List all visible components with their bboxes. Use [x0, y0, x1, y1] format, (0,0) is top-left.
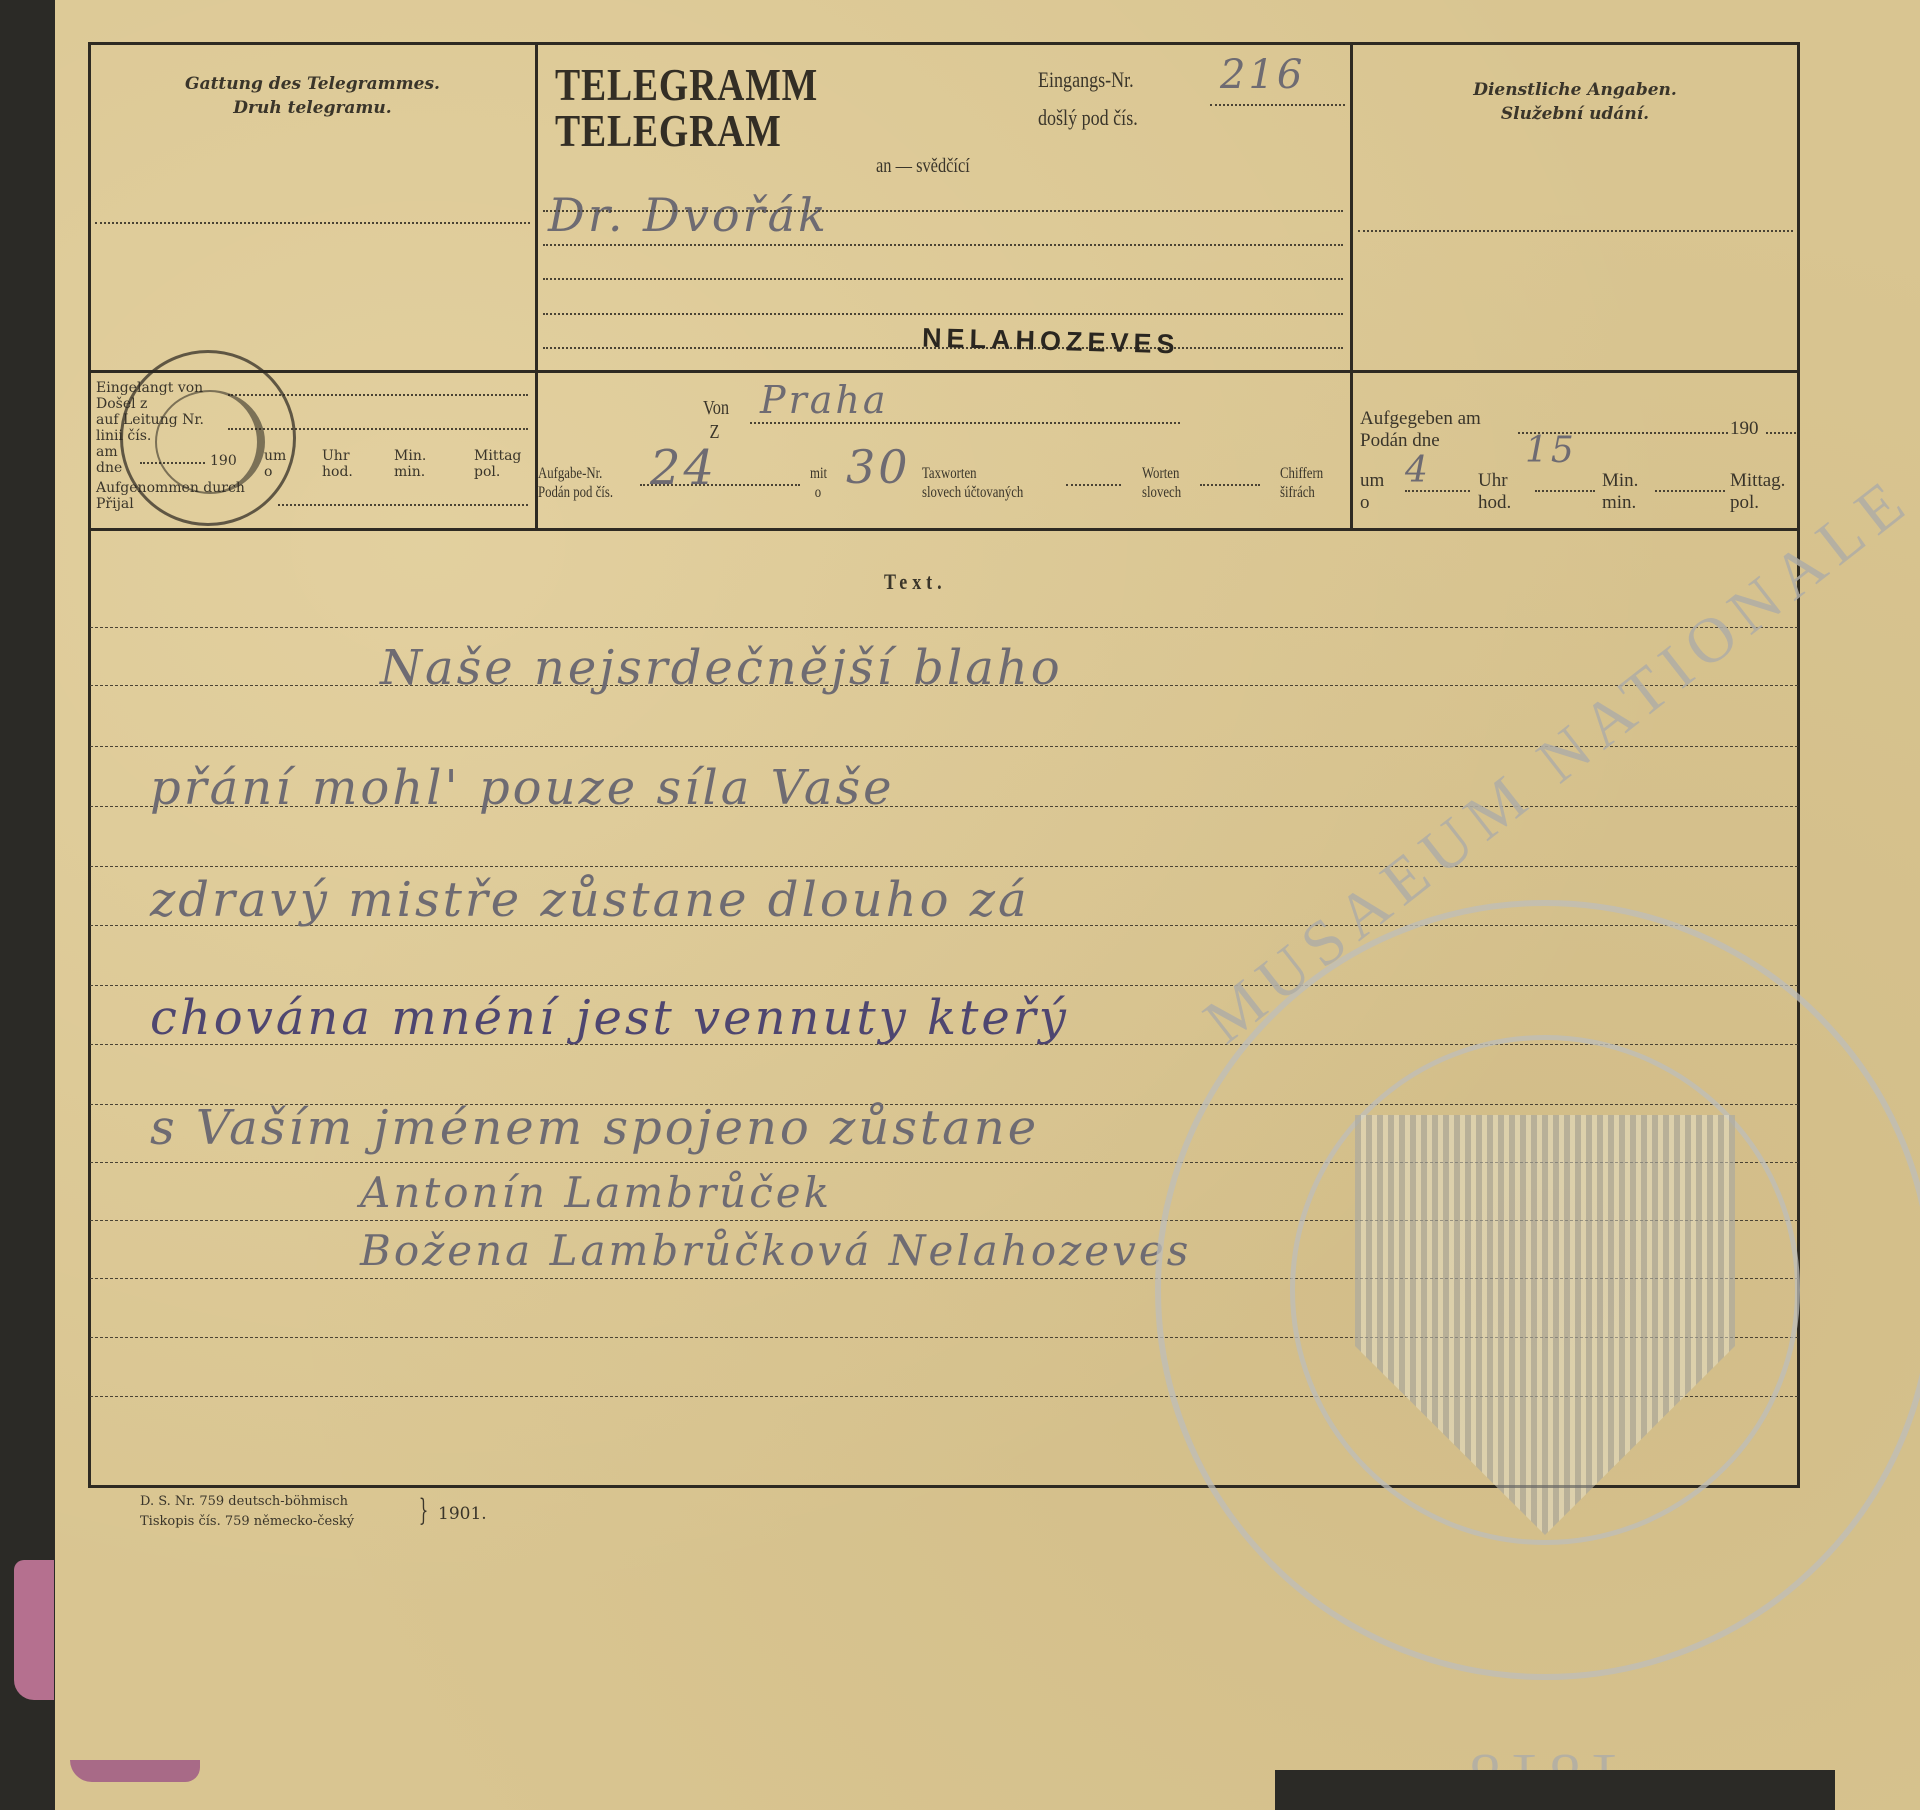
message-line: s Vaším jménem spojeno zůstane	[150, 1100, 1039, 1156]
addressee-label: an — svědčící	[876, 152, 970, 180]
message-line: Naše nejsrdečnější blaho	[380, 640, 1063, 696]
dotted-line	[750, 422, 1180, 424]
divider	[90, 370, 1798, 373]
submitted-hour-label: Uhr hod.	[1478, 470, 1511, 514]
received-hour-label: Uhr hod.	[322, 448, 353, 480]
filing-number-value: 24	[650, 440, 717, 496]
signature-line: Antonín Lambrůček	[360, 1168, 832, 1217]
dotted-line	[543, 210, 1343, 212]
dotted-line	[1405, 490, 1470, 492]
addressee-value: Dr. Dvořák	[548, 188, 829, 242]
incoming-number-label: Eingangs-Nr. došlý pod čís.	[1038, 66, 1138, 132]
telegram-type-header: Gattung des Telegrammes. Druh telegramu.	[90, 72, 535, 120]
dotted-line	[1655, 490, 1725, 492]
from-label: Von Z	[703, 396, 729, 444]
signature-line: Božena Lambrůčková Nelahozeves	[360, 1226, 1191, 1275]
dotted-line	[1766, 432, 1796, 434]
submitted-year: 190	[1730, 418, 1759, 440]
received-noon-label: Mittag pol.	[474, 448, 521, 480]
word-count-value: 30	[846, 440, 911, 494]
from-value: Praha	[760, 378, 889, 422]
dotted-line	[1200, 484, 1260, 486]
form-print-number: D. S. Nr. 759 deutsch-böhmisch Tiskopis …	[140, 1492, 354, 1532]
submitted-noon-label: Mittag. pol.	[1730, 470, 1785, 514]
with-label: mit o	[810, 464, 827, 502]
paper-fragment	[14, 1560, 54, 1700]
postmark-inner-ring	[155, 390, 265, 494]
dotted-line	[278, 504, 528, 506]
message-line: chována mnéní jest vennuty kteřý	[150, 990, 1069, 1046]
dotted-line	[543, 244, 1343, 246]
dotted-line	[95, 222, 530, 224]
dotted-line	[543, 278, 1343, 280]
form-print-year: 1901.	[438, 1506, 487, 1522]
submitted-hour-value: 4	[1405, 450, 1431, 491]
dotted-line	[543, 313, 1343, 315]
telegram-title: TELEGRAMM TELEGRAM	[555, 62, 818, 154]
dotted-line	[1358, 230, 1793, 232]
official-header: Dienstliche Angaben. Služební udání.	[1352, 78, 1798, 126]
brace: }	[419, 1496, 429, 1526]
message-line: přání mohl' pouze síla Vaše	[150, 760, 895, 816]
text-rule	[90, 866, 1798, 867]
divider	[535, 44, 538, 530]
cipher-label: Chiffern šifrách	[1280, 464, 1323, 502]
dotted-line	[1210, 104, 1345, 106]
dotted-line	[1535, 490, 1595, 492]
submitted-date-label: Aufgegeben am Podán dne	[1360, 408, 1481, 452]
message-line: zdravý mistře zůstane dlouho zá	[150, 872, 1030, 928]
submitted-at-label: um o	[1360, 470, 1384, 514]
text-heading: Text.	[884, 568, 947, 596]
submitted-min-label: Min. min.	[1602, 470, 1638, 514]
divider	[90, 528, 1798, 531]
dotted-line	[1066, 484, 1121, 486]
dotted-line	[640, 484, 800, 486]
received-min-label: Min. min.	[394, 448, 426, 480]
words-label: Worten slovech	[1142, 464, 1181, 502]
background	[1275, 1770, 1835, 1810]
taxwords-label: Taxworten slovech účtovaných	[922, 464, 1023, 502]
paper-fragment	[70, 1760, 200, 1782]
filing-number-label: Aufgabe-Nr. Podán pod čís.	[538, 464, 613, 502]
text-rule	[90, 627, 1798, 628]
incoming-number-value: 216	[1220, 52, 1305, 98]
submitted-min-value: 15	[1525, 430, 1577, 471]
